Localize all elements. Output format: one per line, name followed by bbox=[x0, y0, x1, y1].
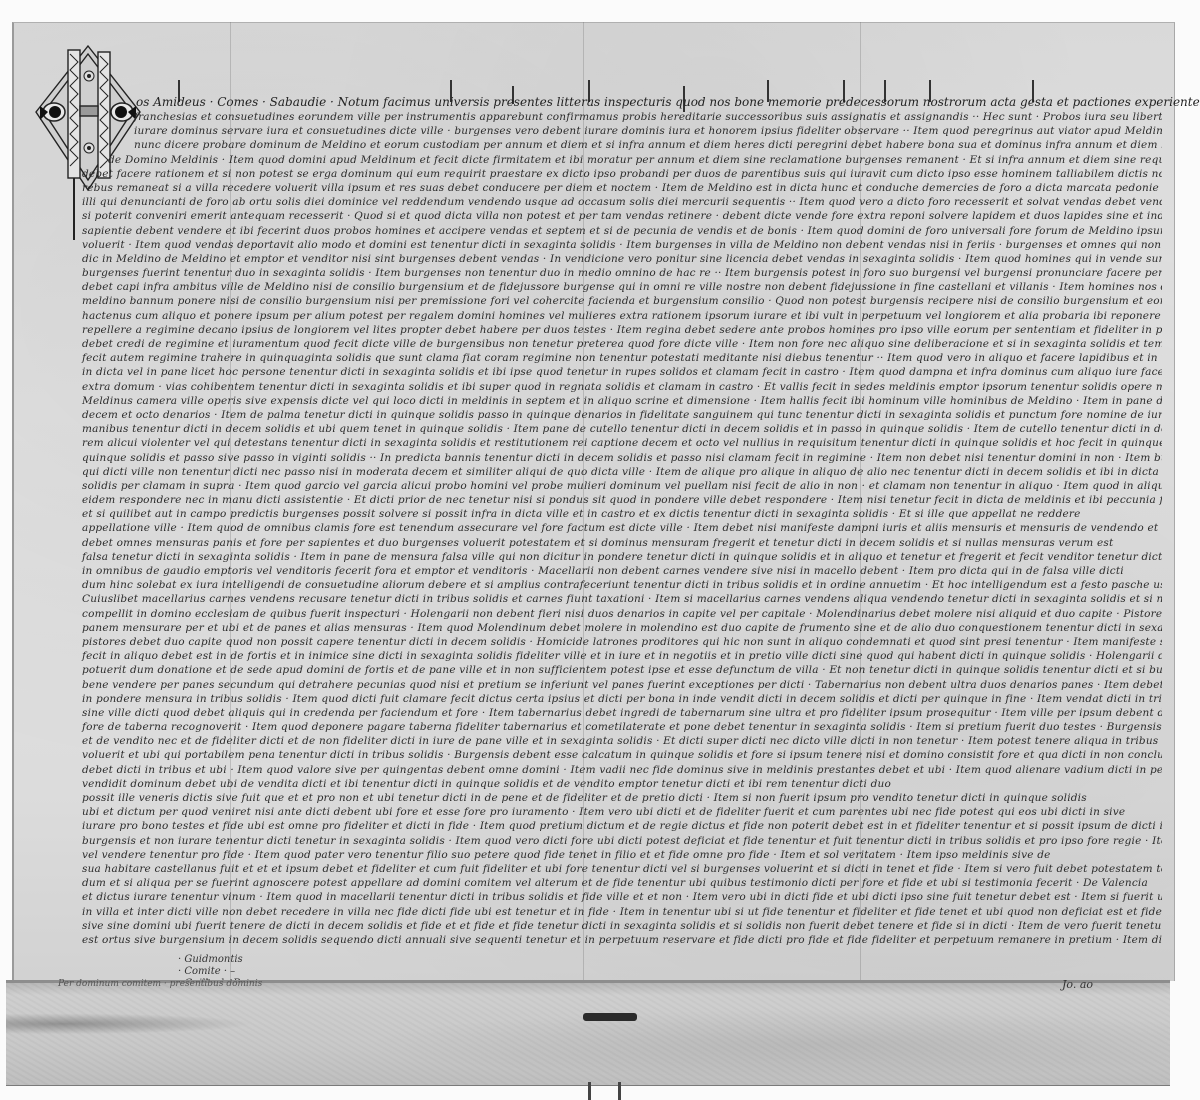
text-line: burgensis et non iurare tenentur dicti t… bbox=[72, 834, 1162, 848]
text-line: vendidit dominum debet ubi de vendita di… bbox=[72, 777, 1162, 791]
seal-cord-slot bbox=[583, 1013, 637, 1021]
text-line: est ortus sive burgensium in decem solid… bbox=[72, 933, 1162, 947]
text-line: potuerit dum donatione et de sede apud d… bbox=[72, 663, 1162, 677]
text-line: repellere a regimine decano ipsius de lo… bbox=[72, 323, 1162, 337]
text-line: debet dicti in tribus et ubi · Item quod… bbox=[72, 763, 1162, 777]
text-line: Cuiuslibet macellarius carnes vendens re… bbox=[72, 592, 1162, 606]
text-line: qui dicti ville non tenentur dicti nec p… bbox=[72, 465, 1162, 479]
text-line: debet credi de regimine et iuramentum qu… bbox=[72, 337, 1162, 351]
witness-entry: · Guidmontis bbox=[178, 954, 243, 965]
text-line: voluerit · Item quod vendas deportavit a… bbox=[72, 238, 1162, 252]
text-line: fecit in aliquo debet est in de fortis e… bbox=[72, 649, 1162, 663]
fold-note: Per dominum comitem · presentibus domini… bbox=[58, 979, 262, 989]
text-line: in villa et inter dicti ville non debet … bbox=[72, 905, 1162, 919]
text-line: panem mensurare per et ubi et de panes e… bbox=[72, 621, 1162, 635]
witness-entry: · Comite · – bbox=[178, 966, 235, 977]
seal-cord bbox=[618, 1082, 621, 1100]
text-line: in pondere mensura in tribus solidis · I… bbox=[72, 692, 1162, 706]
text-line: debet facere rationem et si non potest s… bbox=[72, 167, 1162, 181]
text-line: falsa tenetur dicti in sexaginta solidis… bbox=[72, 550, 1162, 564]
text-line: sive sine domini ubi fuerit tenere de di… bbox=[72, 919, 1162, 933]
text-line: Meldinus camera ville operis sive expens… bbox=[72, 394, 1162, 408]
text-line: illi qui denuncianti de foro ab ortu sol… bbox=[72, 195, 1162, 209]
seal-cord bbox=[588, 1082, 591, 1100]
text-line: rem alicui violenter vel qui detestans t… bbox=[72, 436, 1162, 450]
text-line: in omnibus de gaudio emptoris vel vendit… bbox=[72, 564, 1162, 578]
text-line: vel vendere tenentur pro fide · Item quo… bbox=[72, 848, 1162, 862]
text-line: manibus tenentur dicti in decem solidis … bbox=[72, 422, 1162, 436]
text-line: voluerit et ubi qui portabilem pena tene… bbox=[72, 748, 1162, 762]
text-line: sua habitare castellanus fuit et et et i… bbox=[72, 862, 1162, 876]
text-line: dic in Meldino de Meldino et emptor et v… bbox=[72, 252, 1162, 266]
text-line: quinque solidis et passo sive passo in v… bbox=[72, 451, 1162, 465]
text-line: bene vendere per panes secundum qui detr… bbox=[72, 678, 1162, 692]
text-line: debet capi infra ambitus ville de Meldin… bbox=[72, 280, 1162, 294]
text-line: si poterit conveniri emerit antequam rec… bbox=[72, 209, 1162, 223]
charter-body-text: franchesias et consuetudines eorundem vi… bbox=[72, 110, 1162, 947]
plica-fold bbox=[6, 980, 1170, 1086]
text-line: ubi et dictum per quod veniret nisi ante… bbox=[72, 805, 1162, 819]
text-line: meldino bannum ponere nisi de consilio b… bbox=[72, 294, 1162, 308]
text-line: solidis per clamam in supra · Item quod … bbox=[72, 479, 1162, 493]
text-line: sine ville dicti quod debet aliquis qui … bbox=[72, 706, 1162, 720]
text-line: fecit autem regimine trahere in quinquag… bbox=[72, 351, 1162, 365]
text-line: compellit in domino ecclesiam de quibus … bbox=[72, 607, 1162, 621]
text-line: hactenus cum aliquo et ponere ipsum per … bbox=[72, 309, 1162, 323]
text-line: dum hinc solebat ex iura intelligendi de… bbox=[72, 578, 1162, 592]
text-line: et si quilibet aut in campo predictis bu… bbox=[72, 507, 1162, 521]
text-line: debet omnes mensuras panis et fore per s… bbox=[72, 536, 1162, 550]
text-line: iurare dominus servare iura et consuetud… bbox=[72, 124, 1162, 138]
text-line: dum et si aliqua per se fuerint agnoscer… bbox=[72, 876, 1162, 890]
text-line: appellatione ville · Item quod de omnibu… bbox=[72, 521, 1162, 535]
text-line: fore de taberna recognoverit · Item quod… bbox=[72, 720, 1162, 734]
text-line: in dicta vel in pane licet hoc persone t… bbox=[72, 365, 1162, 379]
text-line: franchesias et consuetudines eorundem vi… bbox=[72, 110, 1162, 124]
opening-line: os Amideus · Comes · Sabaudie · Notum fa… bbox=[136, 95, 1200, 109]
text-line: burgenses fuerint tenentur duo in sexagi… bbox=[72, 266, 1162, 280]
text-line: possit ille veneris dictis sive fuit que… bbox=[72, 791, 1162, 805]
text-line: sapientie debent vendere et ibi fecerint… bbox=[72, 224, 1162, 238]
text-line: pistores debet duo capite quod non possi… bbox=[72, 635, 1162, 649]
text-line: de Domino Meldinis · Item quod domini ap… bbox=[72, 153, 1162, 167]
text-line: nunc dicere probare dominum de Meldino e… bbox=[72, 138, 1162, 152]
text-line: extra domum · vias cohibentem tenentur d… bbox=[72, 380, 1162, 394]
notary-mark: Jo. ao bbox=[1062, 978, 1093, 991]
text-line: iurare pro bono testes et fide ubi est o… bbox=[72, 819, 1162, 833]
text-line: decem et octo denarios · Item de palma t… bbox=[72, 408, 1162, 422]
text-line: rebus remaneat si a villa recedere volue… bbox=[72, 181, 1162, 195]
text-line: et dictus iurare tenentur vinum · Item q… bbox=[72, 890, 1162, 904]
text-line: eidem respondere nec in manu dicti assis… bbox=[72, 493, 1162, 507]
text-line: et de vendito nec et de fideliter dicti … bbox=[72, 734, 1162, 748]
